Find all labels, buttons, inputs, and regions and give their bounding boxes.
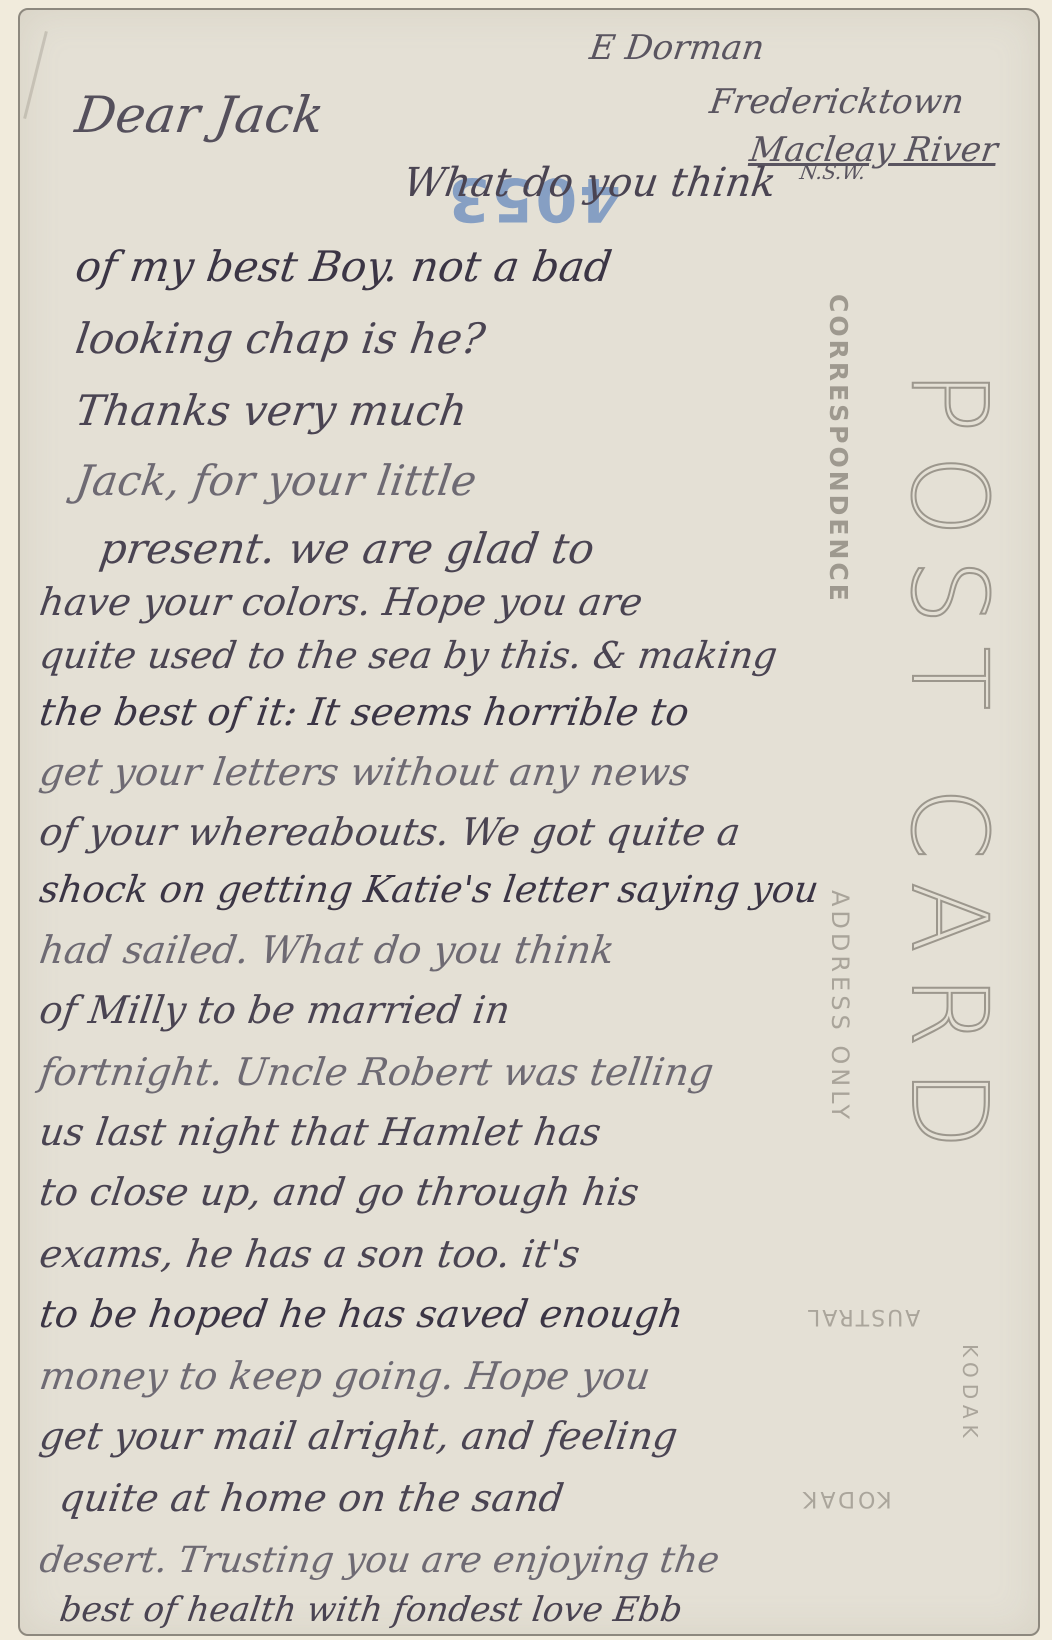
stamp-box-bottom-label: KODAK: [800, 1486, 892, 1511]
postcard-back: POST CARD CORRESPONDENCE ADDRESS ONLY AU…: [18, 8, 1040, 1636]
return-address-town: Fredericktown: [707, 82, 966, 122]
message-line: quite used to the sea by this. & making: [37, 634, 780, 677]
message-line: the best of it: It seems horrible to: [37, 690, 692, 734]
post-card-printed-title: POST CARD: [888, 370, 1010, 1171]
message-line: Jack, for your little: [73, 456, 480, 505]
return-address-state: N.S.W.: [798, 160, 867, 184]
message-line: get your mail alright, and feeling: [37, 1414, 681, 1458]
correspondence-label: CORRESPONDENCE: [824, 294, 853, 604]
message-line: Thanks very much: [73, 386, 471, 435]
message-line: of your whereabouts. We got quite a: [37, 810, 743, 854]
message-line: to close up, and go through his: [37, 1170, 642, 1214]
message-line: to be hoped he has saved enough: [37, 1292, 686, 1336]
message-line: us last night that Hamlet has: [37, 1110, 604, 1154]
greeting: Dear Jack: [72, 86, 328, 144]
address-only-label: ADDRESS ONLY: [826, 890, 854, 1123]
return-address-river: Macleay River: [747, 130, 1000, 170]
message-line: have your colors. Hope you are: [37, 580, 646, 624]
message-line: quite at home on the sand: [57, 1476, 567, 1520]
message-line: desert. Trusting you are enjoying the: [37, 1540, 722, 1581]
message-line: had sailed. What do you think: [37, 928, 617, 972]
message-line: exams, he has a son too. it's: [37, 1232, 583, 1276]
message-line: best of health with fondest love Ebb: [57, 1590, 685, 1630]
message-line: get your letters without any news: [37, 750, 693, 794]
stamp-box-top-label: AUSTRAL: [806, 1304, 920, 1329]
message-line: shock on getting Katie's letter saying y…: [37, 868, 821, 911]
message-line: looking chap is he?: [73, 314, 489, 363]
message-line: of my best Boy. not a bad: [73, 242, 615, 291]
message-line: What do you think: [401, 160, 779, 206]
return-address-name: E Dorman: [587, 28, 767, 68]
fold-crease: [23, 31, 48, 119]
message-line: money to keep going. Hope you: [37, 1354, 653, 1398]
stamp-box-side-label: KODAK: [958, 1344, 982, 1444]
message-line: fortnight. Uncle Robert was telling: [37, 1050, 717, 1094]
message-line: of Milly to be married in: [37, 988, 513, 1032]
message-line: present. we are glad to: [97, 524, 598, 573]
